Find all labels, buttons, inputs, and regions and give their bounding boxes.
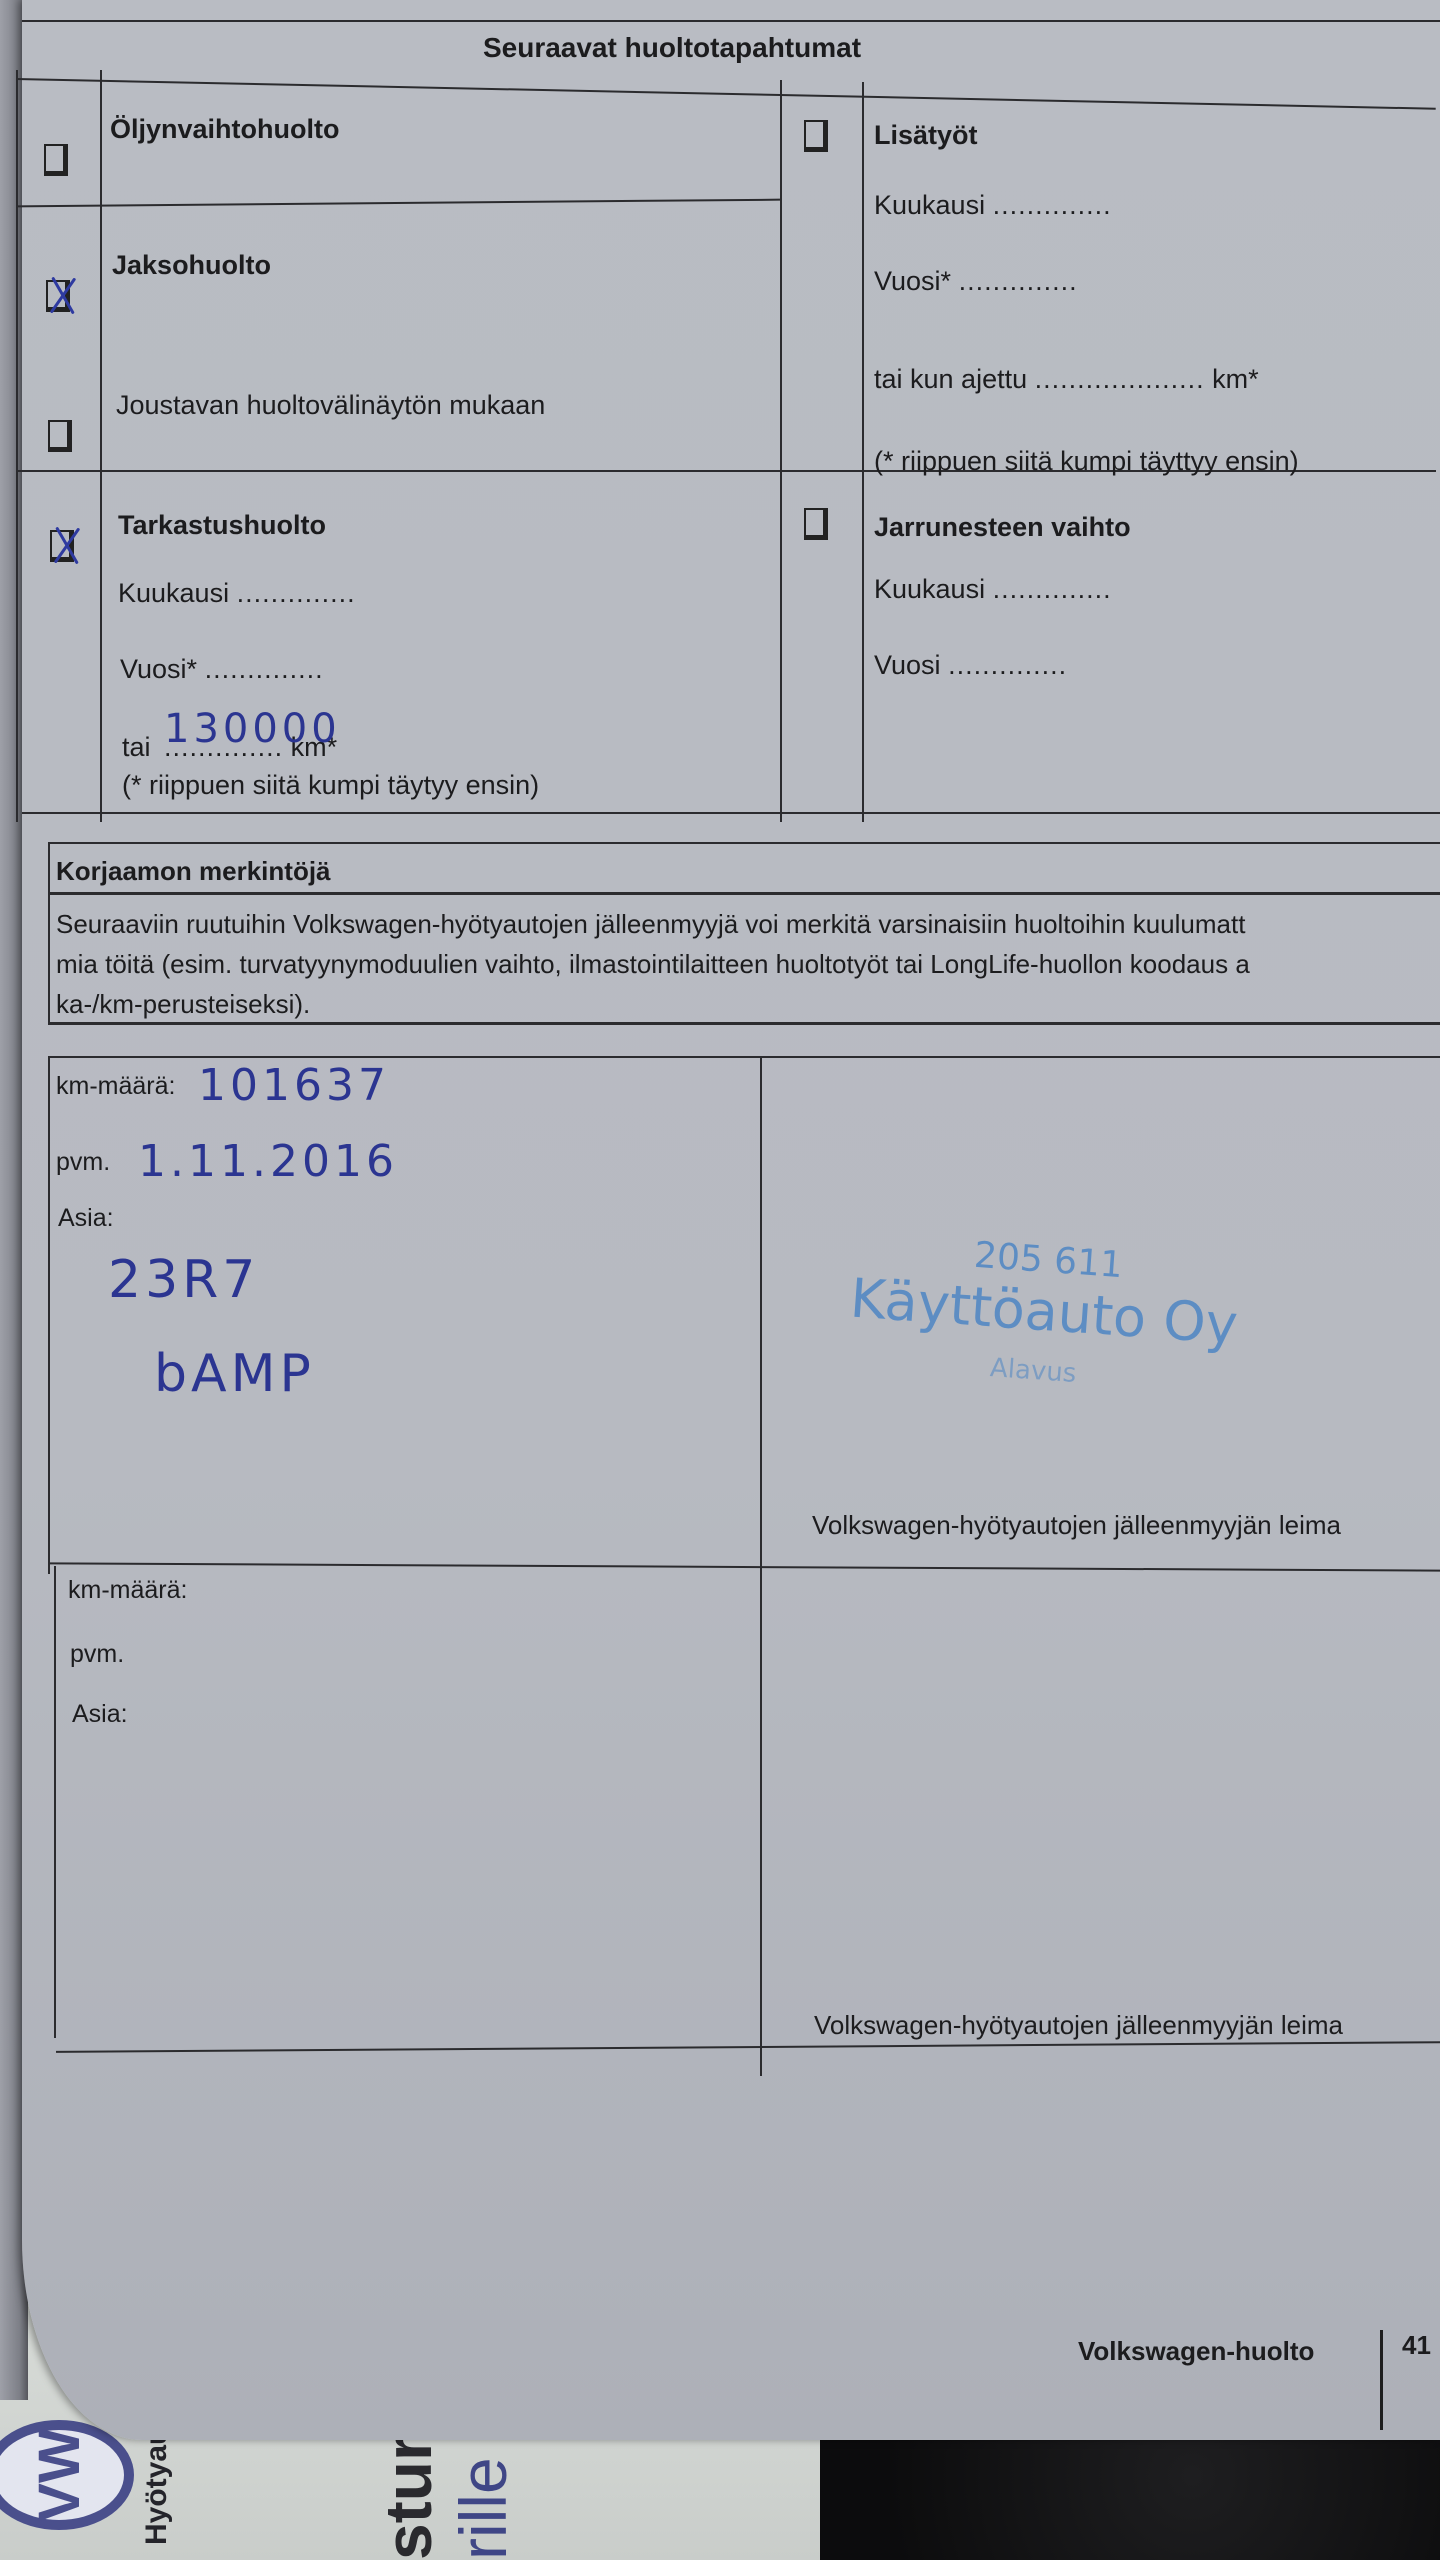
tarkastus-label: Tarkastushuolto	[118, 510, 326, 541]
footer-section-title: Volkswagen-huolto	[1078, 2336, 1314, 2367]
booklet-page: Seuraavat huoltotapahtumat Öljynvaihtohu…	[22, 0, 1440, 2440]
km-prefix: tai kun ajettu	[874, 364, 1027, 394]
month-dots: ..............	[993, 190, 1112, 220]
divider	[780, 80, 782, 822]
month-label: Kuukausi	[118, 578, 229, 608]
checkbox-joustava[interactable]	[48, 420, 72, 452]
item-label-jaksohuolto: Jaksohuolto	[112, 250, 271, 281]
divider	[50, 1562, 1440, 1571]
km-unit: km*	[1212, 364, 1259, 394]
handwritten-date-value[interactable]: 1.11.2016	[138, 1136, 398, 1187]
km-label: km-määrä:	[68, 1576, 187, 1605]
stamp-caption: Volkswagen-hyötyautojen jälleenmyyjän le…	[814, 2010, 1343, 2041]
upcoming-services-title: Seuraavat huoltotapahtumat	[322, 32, 1022, 64]
lisatyot-note: (* riippuen siitä kumpi täyttyy ensin)	[874, 446, 1299, 477]
vw-logo-text: VW	[26, 2428, 93, 2521]
divider	[16, 78, 1436, 110]
year-label: Vuosi*	[120, 654, 197, 684]
divider	[48, 1056, 50, 1574]
divider	[54, 1566, 56, 2038]
description-line: ka-/km-perusteiseksi).	[56, 984, 1440, 1024]
leather-surface	[820, 2420, 1440, 2560]
handwritten-subject-line[interactable]: bAMP	[154, 1344, 315, 1404]
date-label: pvm.	[56, 1148, 110, 1177]
km-prefix: tai	[122, 732, 151, 762]
description-line: mia töitä (esim. turvatyynymoduulien vai…	[56, 944, 1440, 984]
workshop-notes-description: Seuraaviin ruutuihin Volkswagen-hyötyaut…	[56, 904, 1440, 1024]
subject-label: Asia:	[58, 1204, 114, 1233]
km-dots: ....................	[1035, 364, 1205, 394]
handwritten-km-value: 130000	[164, 706, 341, 752]
jarruneste-label: Jarrunesteen vaihto	[874, 512, 1131, 543]
subject-label: Asia:	[72, 1700, 128, 1729]
checkbox-jaksohuolto[interactable]	[46, 280, 70, 312]
divider	[16, 70, 18, 822]
workshop-notes-section: Korjaamon merkintöjä Seuraaviin ruutuihi…	[48, 842, 1440, 1022]
handwritten-subject-line[interactable]: 23R7	[108, 1250, 259, 1310]
year-label: Vuosi	[874, 650, 941, 680]
dealer-stamp-city: Alavus	[989, 1353, 1077, 1389]
month-label: Kuukausi	[874, 190, 985, 220]
month-label: Kuukausi	[874, 574, 985, 604]
item-label-oljynvaihtohuolto: Öljynvaihtohuolto	[110, 114, 340, 145]
year-label: Vuosi*	[874, 266, 951, 296]
divider	[48, 1056, 1440, 1058]
cover-heading-text-1: stur	[370, 2435, 446, 2560]
page-number: 41	[1402, 2330, 1431, 2361]
checkbox-tarkastushuolto[interactable]	[50, 530, 74, 562]
divider	[862, 82, 864, 822]
lisatyot-km-field[interactable]: tai kun ajettu .................... km*	[874, 364, 1259, 395]
workshop-notes-title: Korjaamon merkintöjä	[56, 856, 331, 887]
tarkastus-note: (* riippuen siitä kumpi täytyy ensin)	[122, 770, 539, 801]
divider	[48, 842, 50, 1022]
checkbox-jarruneste[interactable]	[804, 508, 828, 540]
divider	[100, 70, 102, 822]
stamp-caption: Volkswagen-hyötyautojen jälleenmyyjän le…	[812, 1510, 1341, 1541]
checkbox-lisatyot[interactable]	[804, 120, 828, 152]
year-dots: ..............	[205, 654, 324, 684]
date-label: pvm.	[70, 1640, 124, 1669]
lisatyot-year-field[interactable]: Vuosi* ..............	[874, 266, 1078, 297]
tarkastus-month-field[interactable]: Kuukausi ..............	[118, 578, 356, 609]
year-dots: ..............	[948, 650, 1067, 680]
upcoming-services-table: Seuraavat huoltotapahtumat Öljynvaihtohu…	[22, 20, 1440, 822]
checkbox-oljynvaihtohuolto[interactable]	[44, 144, 68, 176]
divider	[48, 892, 1440, 895]
divider	[48, 1022, 1440, 1025]
lisatyot-label: Lisätyöt	[874, 120, 978, 151]
year-dots: ..............	[959, 266, 1078, 296]
month-dots: ..............	[993, 574, 1112, 604]
jarruneste-month-field[interactable]: Kuukausi ..............	[874, 574, 1112, 605]
jarruneste-year-field[interactable]: Vuosi ..............	[874, 650, 1067, 681]
item-label-joustava: Joustavan huoltovälinäytön mukaan	[116, 390, 545, 421]
divider	[48, 842, 1440, 844]
divider	[16, 199, 780, 208]
footer-divider	[1380, 2330, 1383, 2430]
cover-heading-text-2: rille	[445, 2457, 521, 2560]
divider	[22, 812, 1440, 814]
month-dots: ..............	[237, 578, 356, 608]
dealer-stamp-company: Käyttöauto Oy	[848, 1267, 1239, 1357]
divider	[56, 2041, 1440, 2053]
tarkastus-year-field[interactable]: Vuosi* ..............	[120, 654, 324, 685]
km-label: km-määrä:	[56, 1072, 175, 1101]
cover-brand-text: Hyötyau	[140, 2427, 174, 2545]
description-line: Seuraaviin ruutuihin Volkswagen-hyötyaut…	[56, 904, 1440, 944]
handwritten-km-value[interactable]: 101637	[198, 1060, 390, 1111]
lisatyot-month-field[interactable]: Kuukausi ..............	[874, 190, 1112, 221]
